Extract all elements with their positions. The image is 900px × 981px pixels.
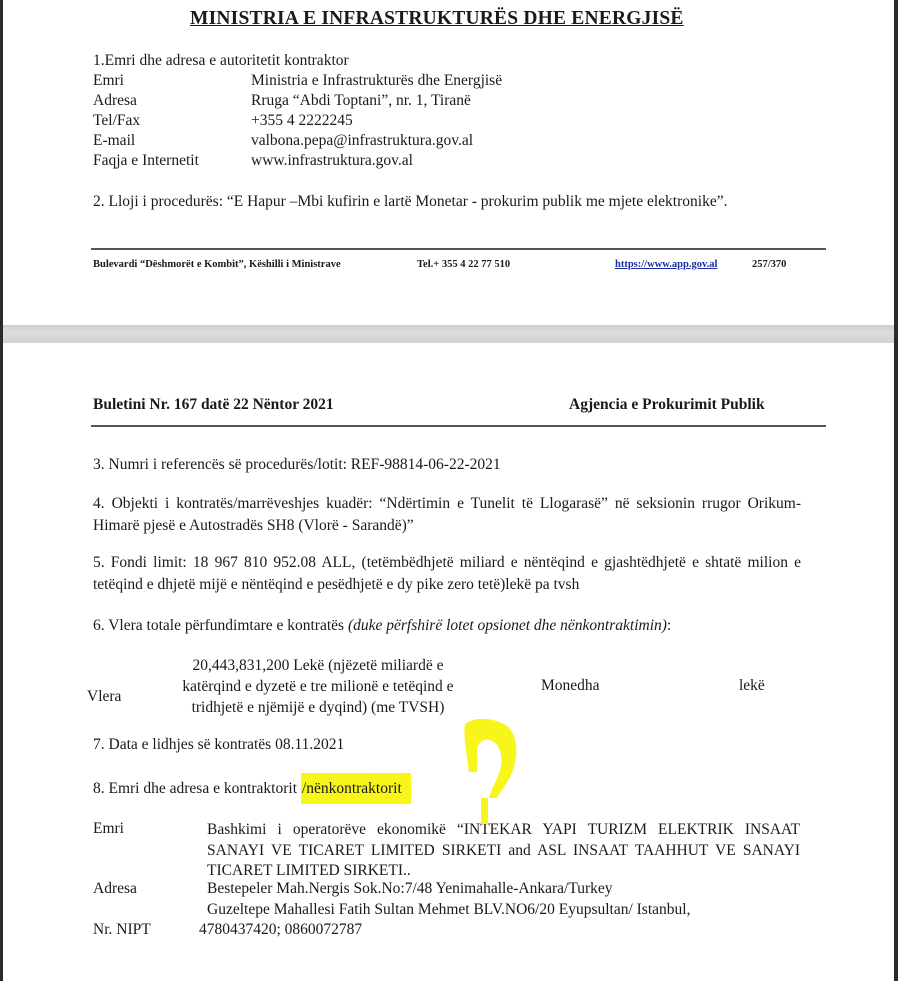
question-mark-annotation-icon bbox=[455, 712, 530, 827]
contractor-address-line-1: Bestepeler Mah.Nergis Sok.No:7/48 Yenima… bbox=[207, 880, 613, 898]
value-amount: 20,443,831,200 Lekë (njëzetë miliardë e … bbox=[153, 655, 483, 718]
page-separator bbox=[3, 325, 894, 343]
footer-phone: Tel.+ 355 4 22 77 510 bbox=[417, 259, 510, 270]
value-line-2: katërqind e dyzetë e tre milionë e tetëq… bbox=[153, 676, 483, 697]
section-6-colon: : bbox=[667, 617, 671, 634]
footer-address: Bulevardi “Dëshmorët e Kombit”, Këshilli… bbox=[93, 259, 341, 270]
authority-label-address: Adresa bbox=[93, 92, 137, 110]
authority-value-email: valbona.pepa@infrastruktura.gov.al bbox=[251, 132, 473, 150]
value-line-3: tridhjetë e njëmijë e dyqind) (me TVSH) bbox=[153, 697, 483, 718]
document-page-257: MINISTRIA E INFRASTRUKTURËS DHE ENERGJIS… bbox=[3, 0, 894, 325]
page-title: MINISTRIA E INFRASTRUKTURËS DHE ENERGJIS… bbox=[190, 8, 684, 30]
contractor-name-label: Emri bbox=[93, 820, 124, 838]
section-8-contractor-heading: 8. Emri dhe adresa e kontraktorit /nënko… bbox=[93, 780, 411, 798]
footer-link[interactable]: https://www.app.gov.al bbox=[615, 259, 717, 270]
header-rule bbox=[91, 425, 826, 427]
contractor-name-value: Bashkimi i operatorëve ekonomikë “INTEKA… bbox=[207, 820, 800, 882]
value-line-1: 20,443,831,200 Lekë (njëzetë miliardë e bbox=[153, 655, 483, 676]
authority-label-name: Emri bbox=[93, 72, 124, 90]
authority-label-email: E-mail bbox=[93, 132, 135, 150]
section-6-italic-note: (duke përfshirë lotet opsionet dhe nënko… bbox=[348, 617, 667, 634]
section-7-contract-date: 7. Data e lidhjes së kontratës 08.11.202… bbox=[93, 736, 344, 754]
contractor-address-label: Adresa bbox=[93, 880, 137, 898]
page-number: 257/370 bbox=[752, 259, 786, 270]
authority-value-phone: +355 4 2222245 bbox=[251, 112, 353, 130]
authority-value-name: Ministria e Infrastrukturës dhe Energjis… bbox=[251, 72, 502, 90]
highlighted-subcontractor-text: /nënkontraktorit bbox=[301, 773, 411, 804]
contractor-address-line-2: Guzeltepe Mahallesi Fatih Sultan Mehmet … bbox=[207, 901, 690, 919]
authority-value-address: Rruga “Abdi Toptani”, nr. 1, Tiranë bbox=[251, 92, 471, 110]
bulletin-header: Buletini Nr. 167 datë 22 Nëntor 2021 bbox=[93, 396, 334, 414]
section-5-fund-limit: 5. Fondi limit: 18 967 810 952.08 ALL, (… bbox=[93, 552, 801, 596]
currency-label: Monedha bbox=[541, 677, 600, 695]
authority-label-phone: Tel/Fax bbox=[93, 112, 140, 130]
nipt-value: 4780437420; 0860072787 bbox=[199, 921, 362, 939]
section-1-heading: 1.Emri dhe adresa e autoritetit kontrakt… bbox=[93, 52, 349, 70]
section-3-reference: 3. Numri i referencës së procedurës/loti… bbox=[93, 456, 501, 474]
document-page-258: Buletini Nr. 167 datë 22 Nëntor 2021 Agj… bbox=[3, 343, 894, 981]
authority-value-website: www.infrastruktura.gov.al bbox=[251, 152, 413, 170]
currency-value: lekë bbox=[739, 677, 765, 695]
footer-rule bbox=[91, 248, 826, 250]
app-website-link[interactable]: https://www.app.gov.al bbox=[615, 259, 717, 270]
section-4-object: 4. Objekti i kontratës/marrëveshjes kuad… bbox=[93, 493, 801, 537]
window-border-right bbox=[894, 0, 898, 981]
section-6-total-value: 6. Vlera totale përfundimtare e kontratë… bbox=[93, 617, 671, 635]
authority-label-website: Faqja e Internetit bbox=[93, 152, 199, 170]
agency-header: Agjencia e Prokurimit Publik bbox=[569, 396, 765, 414]
value-label: Vlera bbox=[87, 688, 121, 706]
section-6-text: 6. Vlera totale përfundimtare e kontratë… bbox=[93, 617, 348, 634]
section-2-procedure-type: 2. Lloji i procedurës: “E Hapur –Mbi kuf… bbox=[93, 191, 801, 213]
nipt-label: Nr. NIPT bbox=[93, 921, 151, 939]
section-8-text: 8. Emri dhe adresa e kontraktorit bbox=[93, 780, 301, 797]
